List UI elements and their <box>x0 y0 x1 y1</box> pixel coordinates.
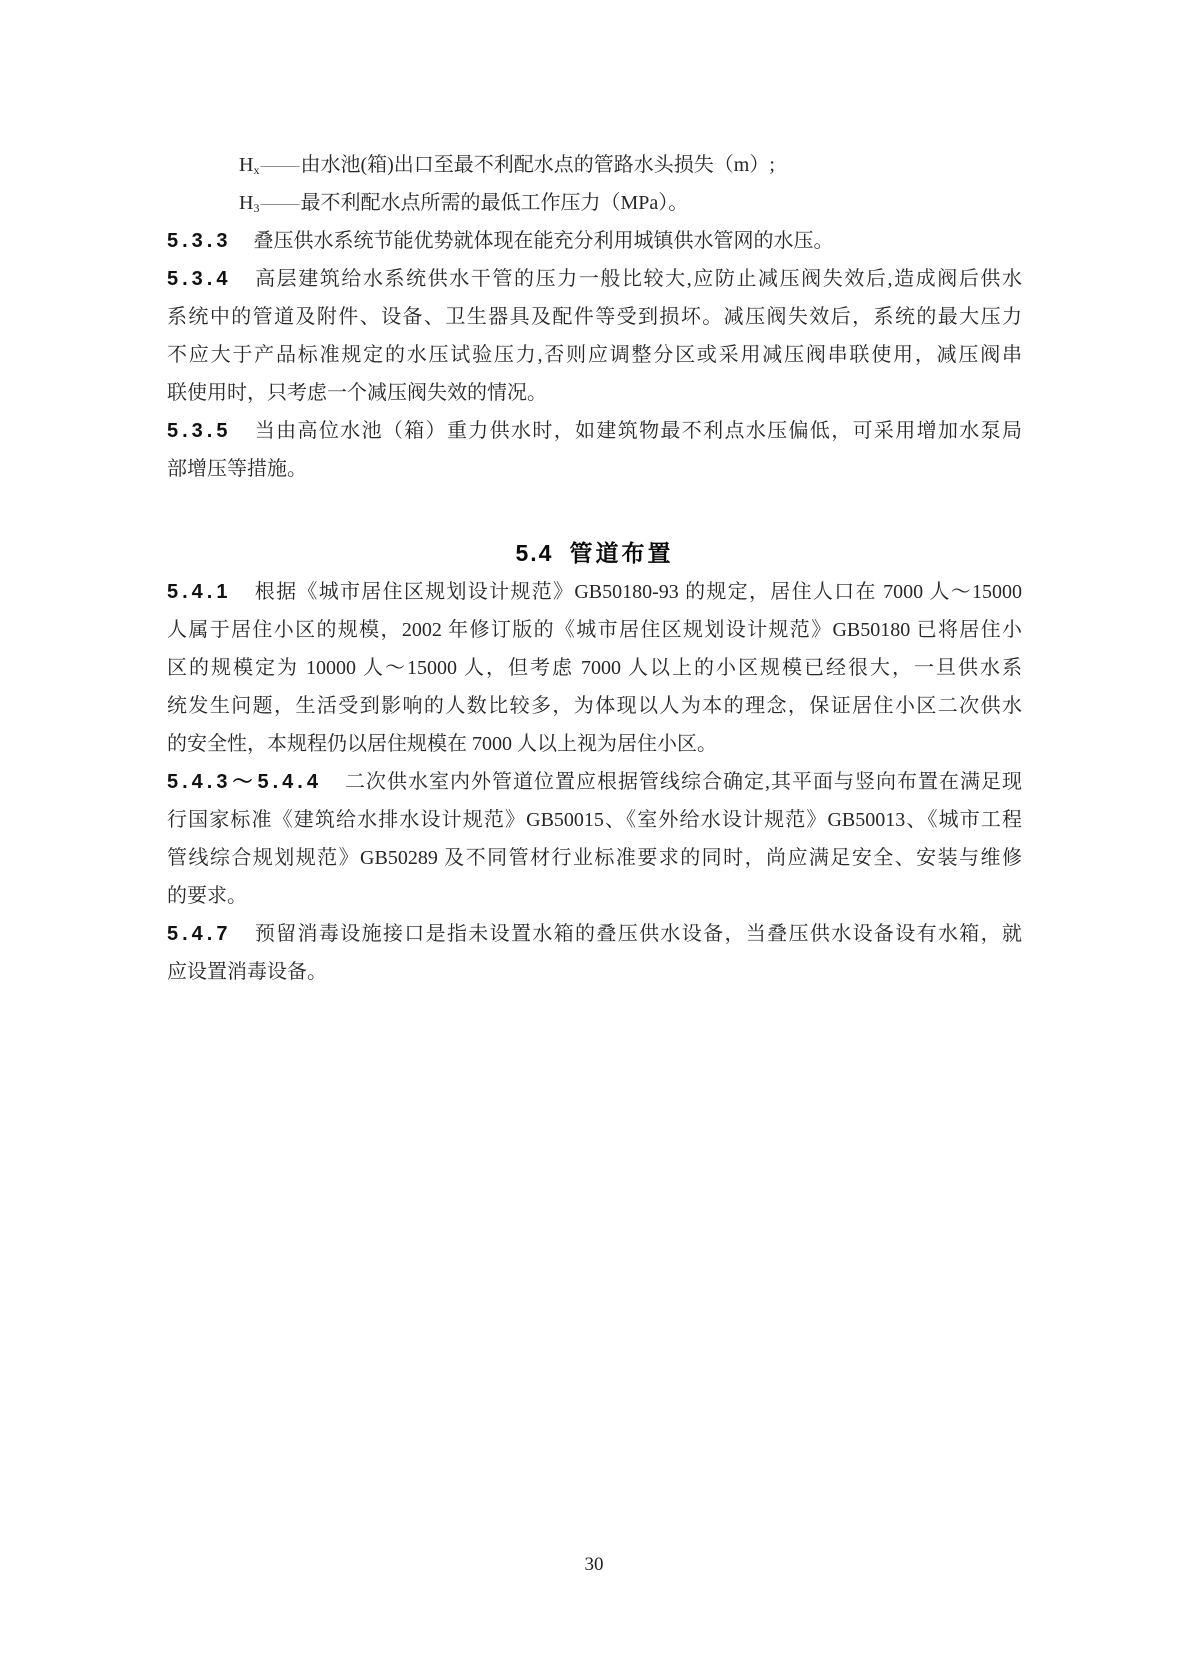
em-dash: —— <box>259 154 300 176</box>
line-text: 叠压供水系统节能优势就体现在能充分利用城镇供水管网的水压。 <box>253 230 833 252</box>
text-line: 应设置消毒设备。 <box>167 953 1022 991</box>
heading-title: 管道布置 <box>569 540 673 566</box>
text-line: 联使用时，只考虑一个减压阀失效的情况。 <box>167 374 1022 412</box>
text-line: 5.4.3～5.4.4二次供水室内外管道位置应根据管线综合确定,其平面与竖向布置… <box>167 763 1022 801</box>
text-line: 5.3.4高层建筑给水系统供水干管的压力一般比较大,应防止减压阀失效后,造成阀后… <box>167 260 1022 298</box>
text-line: H3——最不利配水点所需的最低工作压力（MPa）。 <box>167 184 1022 222</box>
line-text: 高层建筑给水系统供水干管的压力一般比较大,应防止减压阀失效后,造成阀后供水 <box>253 268 1022 290</box>
document-body: Hx——由水池(箱)出口至最不利配水点的管路水头损失（m）;H3——最不利配水点… <box>167 146 1022 991</box>
page-number: 30 <box>0 1552 1188 1578</box>
definition-text: 由水池(箱)出口至最不利配水点的管路水头损失（m）; <box>300 154 774 176</box>
text-line: 5.3.3叠压供水系统节能优势就体现在能充分利用城镇供水管网的水压。 <box>167 222 1022 260</box>
section-number: 5.3.3 <box>167 230 231 252</box>
document-page: Hx——由水池(箱)出口至最不利配水点的管路水头损失（m）;H3——最不利配水点… <box>0 0 1188 1680</box>
section-number: 5.3.5 <box>167 420 231 442</box>
text-line: 系统中的管道及附件、设备、卫生器具及配件等受到损坏。减压阀失效后，系统的最大压力 <box>167 298 1022 336</box>
text-line: 不应大于产品标准规定的水压试验压力,否则应调整分区或采用减压阀串联使用，减压阀串 <box>167 336 1022 374</box>
text-line: 管线综合规划规范》GB50289 及不同管材行业标准要求的同时，尚应满足安全、安… <box>167 839 1022 877</box>
text-line: 5.3.5当由高位水池（箱）重力供水时，如建筑物最不利点水压偏低，可采用增加水泵… <box>167 412 1022 450</box>
text-line: 区的规模定为 10000 人～15000 人，但考虑 7000 人以上的小区规模… <box>167 649 1022 687</box>
text-line: 的安全性，本规程仍以居住规模在 7000 人以上视为居住小区。 <box>167 725 1022 763</box>
symbol: H <box>239 192 253 214</box>
line-text: 预留消毒设施接口是指未设置水箱的叠压供水设备，当叠压供水设备设有水箱，就 <box>253 923 1022 945</box>
text-line: 5.4.7预留消毒设施接口是指未设置水箱的叠压供水设备，当叠压供水设备设有水箱，… <box>167 915 1022 953</box>
text-line: 行国家标准《建筑给水排水设计规范》GB50015、《室外给水设计规范》GB500… <box>167 801 1022 839</box>
section-number: 5.3.4 <box>167 268 231 290</box>
section-number: 5.4.3～5.4.4 <box>167 771 322 793</box>
line-text: 二次供水室内外管道位置应根据管线综合确定,其平面与竖向布置在满足现 <box>344 771 1022 793</box>
definition-text: 最不利配水点所需的最低工作压力（MPa）。 <box>300 192 688 214</box>
text-line: Hx——由水池(箱)出口至最不利配水点的管路水头损失（m）; <box>167 146 1022 184</box>
line-text: 当由高位水池（箱）重力供水时，如建筑物最不利点水压偏低，可采用增加水泵局 <box>253 420 1022 442</box>
heading-number: 5.4 <box>516 540 554 566</box>
symbol: H <box>239 154 253 176</box>
line-text: 根据《城市居住区规划设计规范》GB50180-93 的规定，居住人口在 7000… <box>253 581 1022 603</box>
text-line: 人属于居住小区的规模，2002 年修订版的《城市居住区规划设计规范》GB5018… <box>167 611 1022 649</box>
text-line: 统发生问题，生活受到影响的人数比较多，为体现以人为本的理念，保证居住小区二次供水 <box>167 687 1022 725</box>
text-line: 部增压等措施。 <box>167 450 1022 488</box>
em-dash: —— <box>259 192 300 214</box>
text-line: 5.4.1根据《城市居住区规划设计规范》GB50180-93 的规定，居住人口在… <box>167 573 1022 611</box>
section-number: 5.4.1 <box>167 581 231 603</box>
text-line: 的要求。 <box>167 877 1022 915</box>
section-number: 5.4.7 <box>167 923 231 945</box>
section-heading: 5.4管道布置 <box>167 533 1022 573</box>
